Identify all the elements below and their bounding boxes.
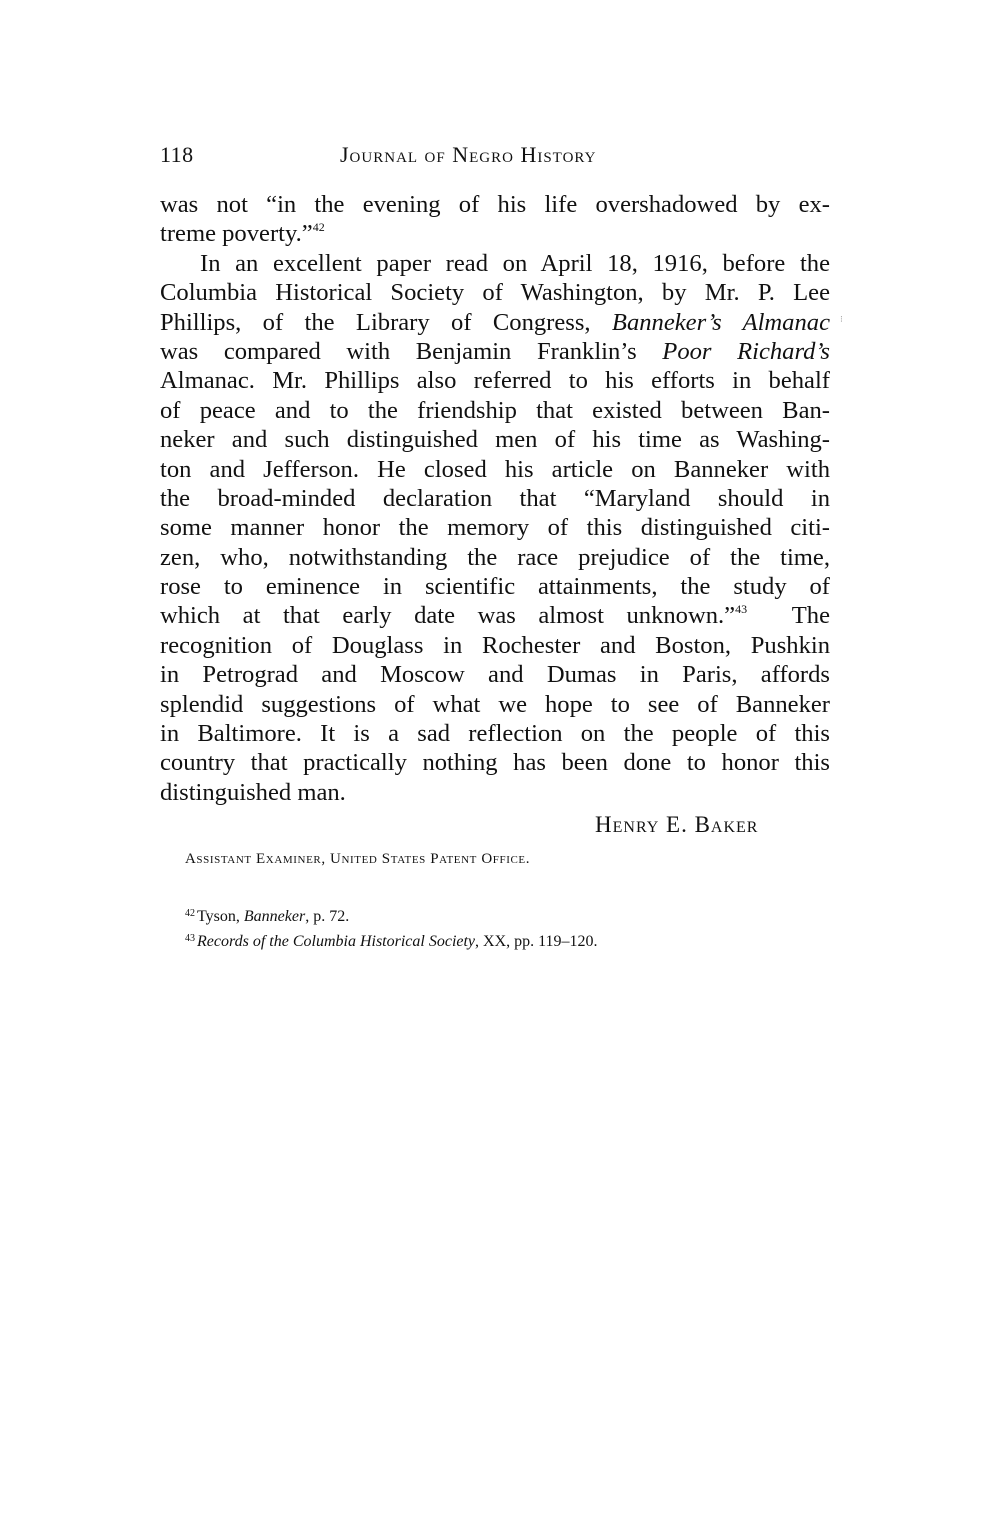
text-line: recognition of Douglass in Rochester and… (160, 631, 830, 660)
document-page: 118 Journal of Negro History was not “in… (0, 0, 1000, 1520)
journal-title: Journal of Negro History (340, 142, 596, 168)
text-line: zen, who, notwithstanding the race preju… (160, 543, 830, 572)
page-number: 118 (160, 142, 194, 168)
text-line: was compared with Benjamin Franklin’s Po… (160, 337, 830, 366)
text-line: treme poverty.”42 (160, 219, 830, 248)
text-line: In an excellent paper read on April 18, … (160, 249, 830, 278)
text-line: of peace and to the friendship that exis… (160, 396, 830, 425)
text-line: Phillips, of the Library of Congress, Ba… (160, 308, 830, 337)
text-line: Almanac. Mr. Phillips also referred to h… (160, 366, 830, 395)
text-line: which at that early date was almost unkn… (160, 601, 830, 630)
body-paragraphs: was not “in the evening of his life over… (160, 190, 830, 807)
footnotes: 42Tyson, Banneker, p. 72.43Records of th… (185, 903, 598, 953)
footnote-ref: 43 (735, 602, 747, 616)
footnote: 43Records of the Columbia Historical Soc… (185, 928, 598, 953)
text-line: in Baltimore. It is a sad reflection on … (160, 719, 830, 748)
text-line: Columbia Historical Society of Washingto… (160, 278, 830, 307)
text-line: rose to eminence in scientific attainmen… (160, 572, 830, 601)
text-line: in Petrograd and Moscow and Dumas in Par… (160, 660, 830, 689)
author-affiliation: Assistant Examiner, United States Patent… (185, 851, 530, 868)
margin-speck: ⁝ (840, 318, 843, 328)
footnote: 42Tyson, Banneker, p. 72. (185, 903, 598, 928)
text-line: the broad-minded declaration that “Maryl… (160, 484, 830, 513)
footnote-ref: 42 (313, 220, 325, 234)
text-line: some manner honor the memory of this dis… (160, 513, 830, 542)
text-line: distinguished man. (160, 778, 830, 807)
text-line: ton and Jefferson. He closed his article… (160, 455, 830, 484)
running-head: 118 Journal of Negro History (160, 142, 830, 170)
text-line: was not “in the evening of his life over… (160, 190, 830, 219)
author-signature: Henry E. Baker (595, 812, 758, 838)
text-line: country that practically nothing has bee… (160, 748, 830, 777)
text-line: neker and such distinguished men of his … (160, 425, 830, 454)
text-line: splendid suggestions of what we hope to … (160, 690, 830, 719)
